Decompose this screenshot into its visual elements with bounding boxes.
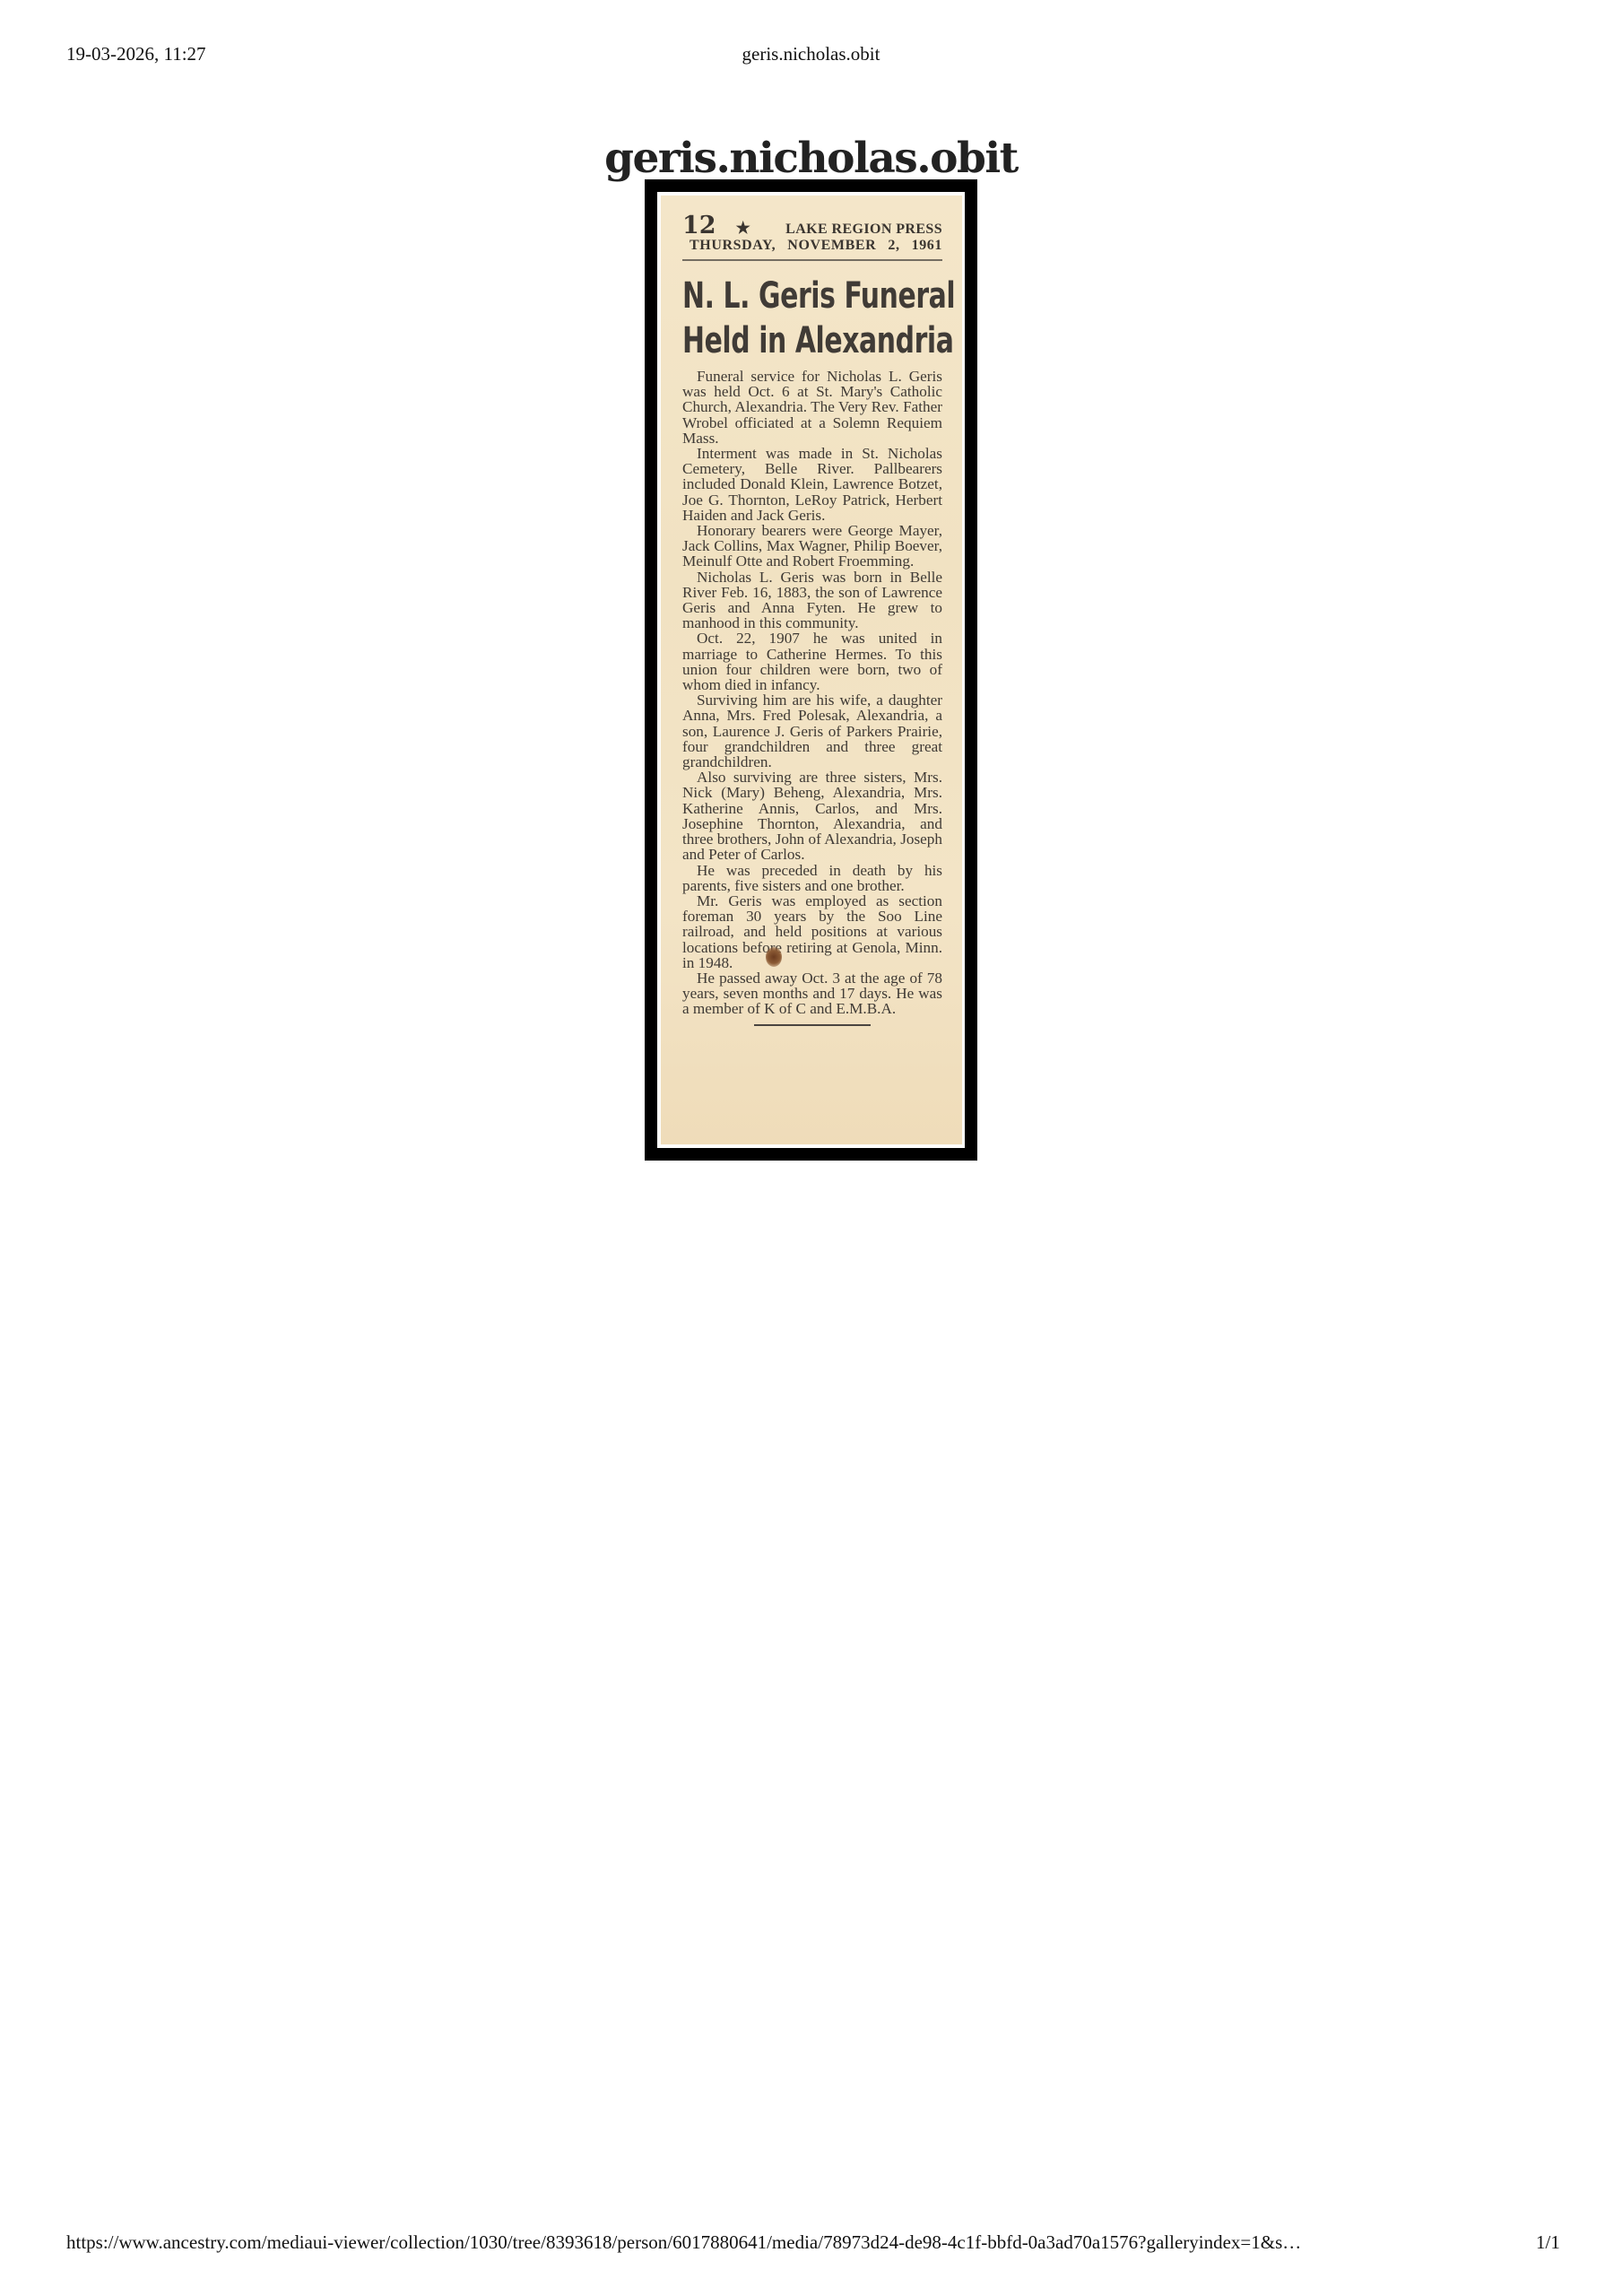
article-paragraph: Oct. 22, 1907 he was united in marriage …: [682, 631, 942, 692]
article-paragraph: He passed away Oct. 3 at the age of 78 y…: [682, 970, 942, 1017]
headline: N. L. Geris Funeral Held in Alexandria: [682, 274, 898, 363]
print-document-title: geris.nicholas.obit: [0, 43, 1622, 65]
page-title: geris.nicholas.obit: [0, 134, 1622, 183]
headline-line-2: Held in Alexandria: [682, 318, 898, 363]
article-paragraph: Nicholas L. Geris was born in Belle Rive…: [682, 570, 942, 631]
article-body: Funeral service for Nicholas L. Geris wa…: [682, 369, 942, 1017]
date-year: 1961: [912, 238, 942, 254]
article-paragraph: He was preceded in death by his parents,…: [682, 863, 942, 893]
newspaper-name: LAKE REGION PRESS: [785, 222, 942, 238]
clipping-mat: 12 ★ LAKE REGION PRESS THURSDAY, NOVEMBE…: [657, 192, 965, 1148]
end-rule: [754, 1024, 871, 1026]
star-icon: ★: [736, 219, 750, 238]
newspaper-clipping: 12 ★ LAKE REGION PRESS THURSDAY, NOVEMBE…: [661, 196, 962, 1144]
print-header: 19-03-2026, 11:27 geris.nicholas.obit: [0, 43, 1622, 70]
newspaper-page-number: 12: [682, 212, 716, 239]
masthead: 12 ★ LAKE REGION PRESS: [682, 212, 942, 239]
article-paragraph: Also surviving are three sisters, Mrs. N…: [682, 770, 942, 862]
article-paragraph: Interment was made in St. Nicholas Cemet…: [682, 446, 942, 523]
source-url: https://www.ancestry.com/mediaui-viewer/…: [66, 2231, 1301, 2254]
article-paragraph: Mr. Geris was employed as section forema…: [682, 893, 942, 970]
date-day: 2,: [888, 238, 899, 254]
page-count: 1/1: [1536, 2231, 1560, 2254]
paper-stain: [766, 947, 782, 967]
headline-line-1: N. L. Geris Funeral: [682, 274, 898, 318]
newspaper-date-line: THURSDAY, NOVEMBER 2, 1961: [682, 238, 942, 254]
article-paragraph: Surviving him are his wife, a daughter A…: [682, 692, 942, 770]
article-paragraph: Funeral service for Nicholas L. Geris wa…: [682, 369, 942, 446]
date-weekday: THURSDAY,: [690, 238, 776, 254]
article-paragraph: Honorary bearers were George Mayer, Jack…: [682, 523, 942, 570]
date-month: NOVEMBER: [787, 238, 876, 254]
clipping-frame: 12 ★ LAKE REGION PRESS THURSDAY, NOVEMBE…: [645, 179, 977, 1161]
masthead-rule: [682, 259, 942, 261]
